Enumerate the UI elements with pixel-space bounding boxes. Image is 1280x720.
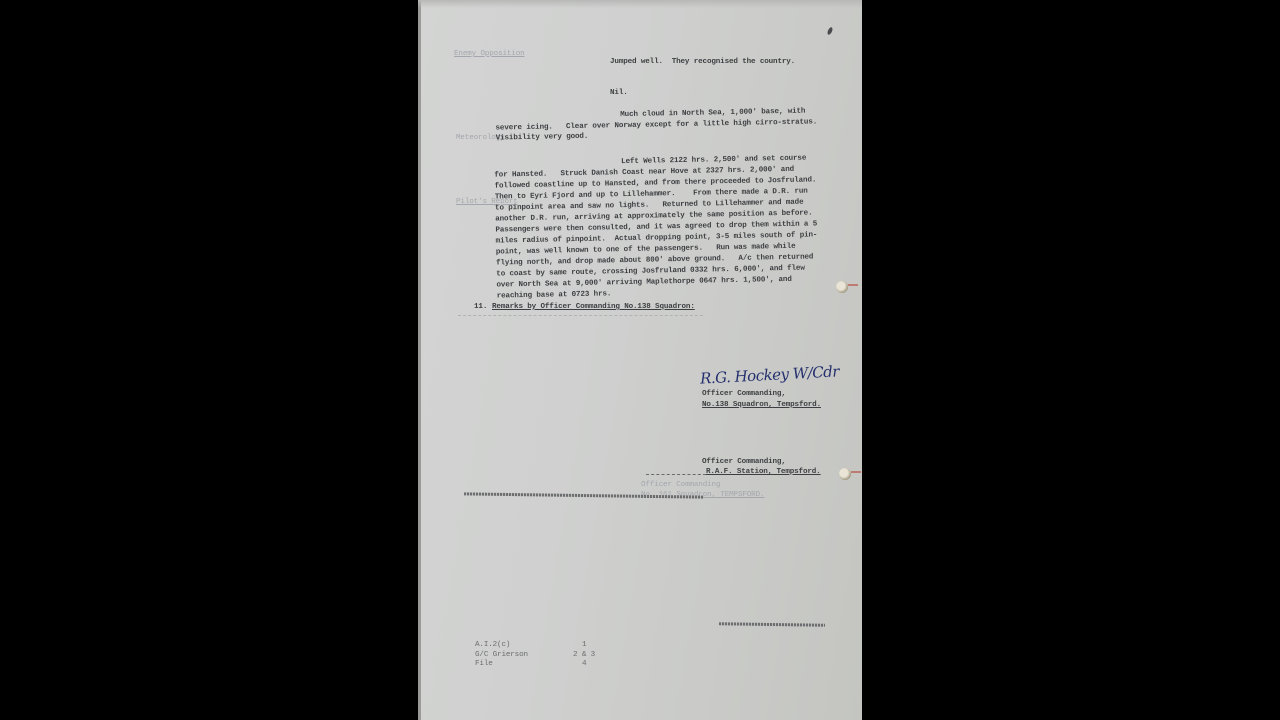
faint-underline <box>458 315 703 317</box>
tag-string <box>848 284 858 286</box>
dashed-line <box>646 474 706 476</box>
nil-text: Nil. <box>610 88 628 100</box>
ink-mark <box>826 27 833 36</box>
signature-block-2-line2: R.A.F. Station, Tempsford. <box>706 467 821 479</box>
typed-strikeout <box>719 622 825 626</box>
document-page: Enemy Opposition Jumped well. They recog… <box>418 0 862 720</box>
enemy-opposition-text: Jumped well. They recognised the country… <box>610 57 795 69</box>
margin-label-enemy-opposition: Enemy Opposition <box>454 49 525 61</box>
report-line: reaching base at 0723 hrs. <box>497 289 612 303</box>
section-number: 11. <box>474 302 487 314</box>
signature-block-1-line1: Officer Commanding, <box>702 389 786 401</box>
section-heading: Remarks by Officer Commanding No.138 Squ… <box>492 302 695 314</box>
distribution-recipient: File <box>475 659 493 671</box>
distribution-copies: 4 <box>582 659 586 671</box>
tag-string <box>851 471 861 473</box>
signature-block-1-line2: No.138 Squadron, Tempsford. <box>702 400 821 412</box>
meteorology-line: Visibility very good. <box>496 132 589 145</box>
punch-hole <box>836 281 848 293</box>
punch-hole <box>839 468 851 480</box>
handwritten-signature: R.G. Hockey W/Cdr <box>700 362 840 387</box>
